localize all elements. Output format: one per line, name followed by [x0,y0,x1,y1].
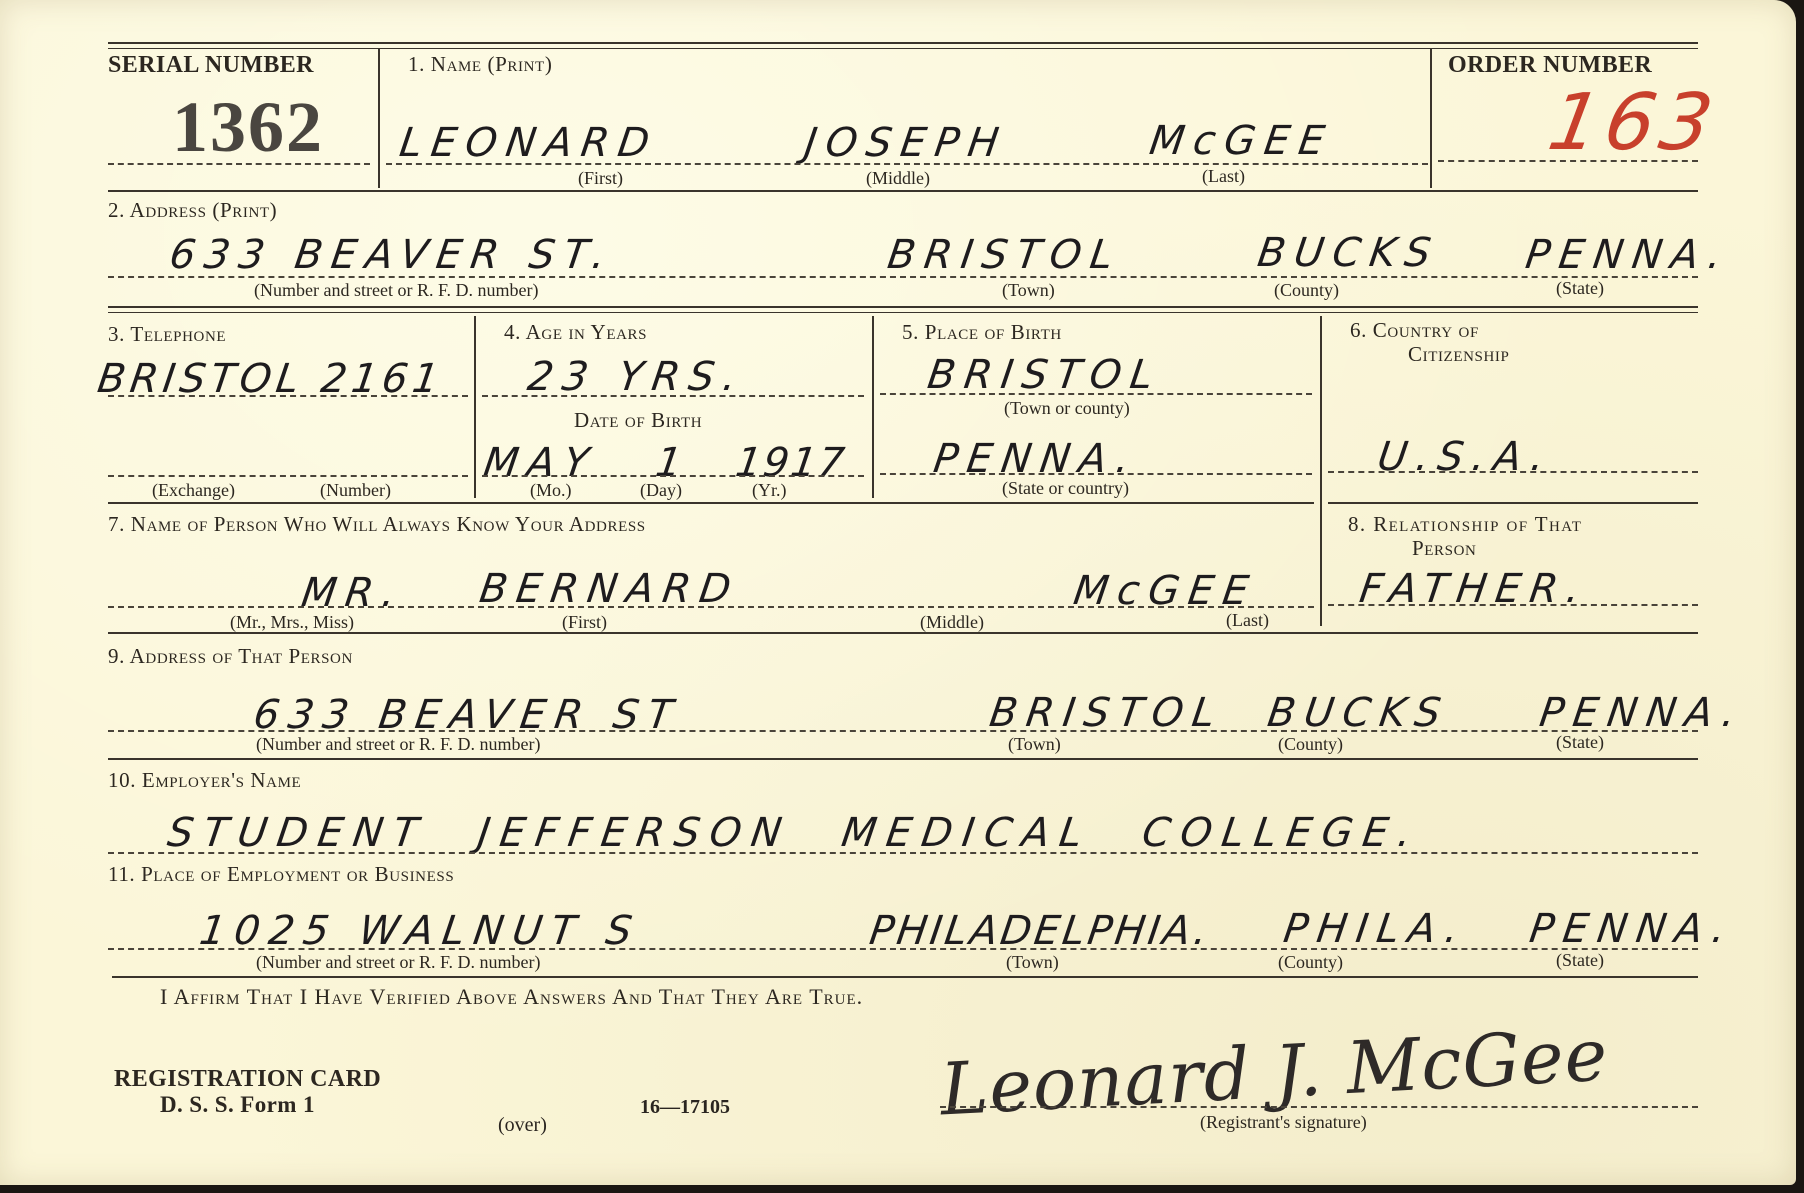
employment-state-caption: (State) [1556,950,1604,971]
contact-last-caption: (Last) [1226,610,1269,631]
relationship-label-2: Person [1412,536,1476,561]
name-label: 1. Name (Print) [408,52,552,77]
signature-dash [940,1106,1698,1108]
birthplace-state: PENNA. [931,436,1142,482]
citizenship-label-2: Citizenship [1408,342,1509,367]
contact-address-street-caption: (Number and street or R. F. D. number) [256,734,541,755]
serial-dash [108,163,370,165]
employment-place-label: 11. Place of Employment or Business [108,862,454,887]
employment-dash [108,948,1698,950]
employment-county-caption: (County) [1278,952,1343,973]
row-rule [112,976,1698,978]
employment-county: PHILA. [1281,906,1471,952]
affirmation-text: I Affirm That I Have Verified Above Answ… [160,984,863,1010]
contact-first-caption: (First) [562,612,607,633]
serial-number-label: SERIAL NUMBER [108,52,314,79]
dob-year: 1917 [733,440,849,486]
divider [872,316,874,498]
employment-state: PENNA. [1527,906,1738,952]
telephone-dash-2 [108,475,468,477]
top-rule [108,42,1698,44]
serial-number-value: 1362 [172,86,324,169]
name-first: LEONARD [397,120,661,166]
row-rule [108,758,1698,760]
address-dash [108,276,1698,278]
contact-address-label: 9. Address of That Person [108,644,353,669]
address-town-caption: (Town) [1002,280,1055,301]
address-state: PENNA. [1523,232,1734,278]
address-street-caption: (Number and street or R. F. D. number) [254,280,539,301]
divider [1430,48,1432,188]
row-rule [108,502,1314,504]
print-code: 16—17105 [640,1096,730,1119]
birthplace-town-caption: (Town or county) [1004,398,1130,419]
employer-label: 10. Employer's Name [108,768,301,793]
telephone-dash [108,395,468,397]
divider [474,316,476,498]
registration-card-title: REGISTRATION CARD [114,1066,381,1093]
age-label: 4. Age in Years [504,320,647,345]
dob-label: Date of Birth [574,408,702,433]
form-number: D. S. S. Form 1 [160,1092,315,1118]
address-town: BRISTOL [885,232,1125,278]
name-middle-caption: (Middle) [866,168,930,189]
row-rule [108,632,1698,634]
birthplace-town-dash [880,393,1312,395]
order-number-value: 163 [1542,78,1725,168]
name-last: McGEE [1147,118,1337,164]
address-state-caption: (State) [1556,278,1604,299]
contact-address-state-caption: (State) [1556,732,1604,753]
contact-dash [108,606,1314,608]
birthplace-label: 5. Place of Birth [902,320,1062,345]
contact-title-caption: (Mr., Mrs., Miss) [230,612,354,633]
dob-year-caption: (Yr.) [752,480,787,501]
name-dash [386,163,1428,165]
telephone-label: 3. Telephone [108,322,226,347]
name-middle: JOSEPH [802,120,1011,166]
citizenship-dash [1328,471,1698,473]
name-last-caption: (Last) [1202,166,1245,187]
row-rule [1328,502,1698,504]
top-rule-2 [108,48,1698,49]
citizenship-value: U.S.A. [1375,434,1556,480]
telephone-number-caption: (Number) [320,480,391,501]
contact-middle-caption: (Middle) [920,612,984,633]
telephone-exchange-caption: (Exchange) [152,480,235,501]
employment-street-caption: (Number and street or R. F. D. number) [256,952,541,973]
citizenship-label-1: 6. Country of [1350,318,1479,343]
contact-address-town-caption: (Town) [1008,734,1061,755]
contact-title: MR. [299,570,407,616]
order-number-label: ORDER NUMBER [1448,52,1652,79]
row-rule-2 [108,312,1698,313]
contact-address-dash [108,730,1698,732]
contact-address-county-caption: (County) [1278,734,1343,755]
address-county-caption: (County) [1274,280,1339,301]
divider [1320,316,1322,626]
row-rule [108,306,1698,308]
employer-dash [108,852,1698,854]
relationship-label-1: 8. Relationship of That [1348,512,1582,537]
divider [378,48,380,188]
signature-caption: (Registrant's signature) [1200,1112,1367,1133]
address-street: 633 BEAVER ST. [167,232,618,278]
dob-month-caption: (Mo.) [530,480,572,501]
age-value: 23 YRS. [525,354,748,400]
order-dash [1438,160,1698,162]
employment-town-caption: (Town) [1006,952,1059,973]
over-note: (over) [498,1114,547,1137]
address-county: BUCKS [1255,230,1443,276]
row-rule [108,190,1698,192]
name-first-caption: (First) [578,168,623,189]
dob-dash [482,475,864,477]
employer-value: STUDENT JEFFERSON MEDICAL COLLEGE. [165,810,1424,856]
birthplace-state-dash [880,473,1312,475]
birthplace-town: BRISTOL [925,352,1165,398]
birthplace-state-caption: (State or country) [1002,478,1129,499]
age-dash [482,395,864,397]
registration-card: SERIAL NUMBER 1362 1. Name (Print) LEONA… [0,0,1796,1185]
address-label: 2. Address (Print) [108,198,277,223]
contact-label: 7. Name of Person Who Will Always Know Y… [108,512,646,537]
relationship-dash [1328,604,1698,606]
dob-day-caption: (Day) [640,480,682,501]
